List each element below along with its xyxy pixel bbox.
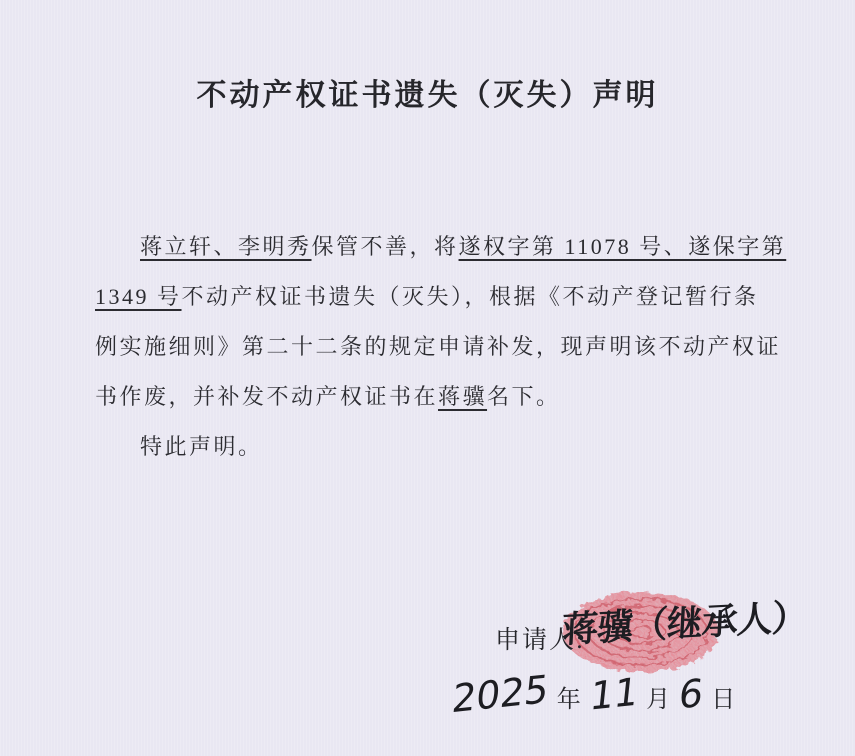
date-line: 2025 年 11 月 6 日 [452,672,736,716]
underlined-text: 1349 号 [95,284,182,309]
declaration-paragraph: 蒋立轩、李明秀保管不善，将遂权字第 11078 号、遂保字第1349 号不动产权… [95,222,773,472]
body-text: 例实施细则》第二十二条的规定申请补发，现声明该不动产权证 [95,334,781,359]
underlined-text: 蒋骥 [438,384,487,409]
month-label: 月 [646,679,671,714]
handwritten-month: 11 [588,669,641,719]
underlined-text: 遂权字第 11078 号、遂保字第 [459,234,787,259]
paragraph-line: 书作废，并补发不动产权证书在蒋骥名下。 [95,372,773,422]
paragraph-line: 特此声明。 [95,422,773,472]
body-text: 名下。 [487,384,561,409]
body-text: 不动产权证书遗失（灭失），根据《不动产登记暂行条 [182,284,759,309]
handwritten-year: 2025 [450,667,551,722]
body-text: 书作废，并补发不动产权证书在 [95,384,438,409]
body-text: 保管不善，将 [312,234,459,259]
handwritten-day: 6 [677,670,706,717]
paragraph-line: 蒋立轩、李明秀保管不善，将遂权字第 11078 号、遂保字第 [95,222,773,272]
year-label: 年 [557,679,582,714]
scanned-document-page: 不动产权证书遗失（灭失）声明 蒋立轩、李明秀保管不善，将遂权字第 11078 号… [0,0,855,756]
handwritten-signature: 蒋骥（继承人） [561,590,793,653]
paragraph-line: 例实施细则》第二十二条的规定申请补发，现声明该不动产权证 [95,322,773,372]
body-text: 特此声明。 [140,434,263,459]
paragraph-line: 1349 号不动产权证书遗失（灭失），根据《不动产登记暂行条 [95,272,773,322]
document-title: 不动产权证书遗失（灭失）声明 [0,70,855,114]
underlined-text: 蒋立轩、李明秀 [140,234,312,259]
day-label: 日 [711,679,736,714]
